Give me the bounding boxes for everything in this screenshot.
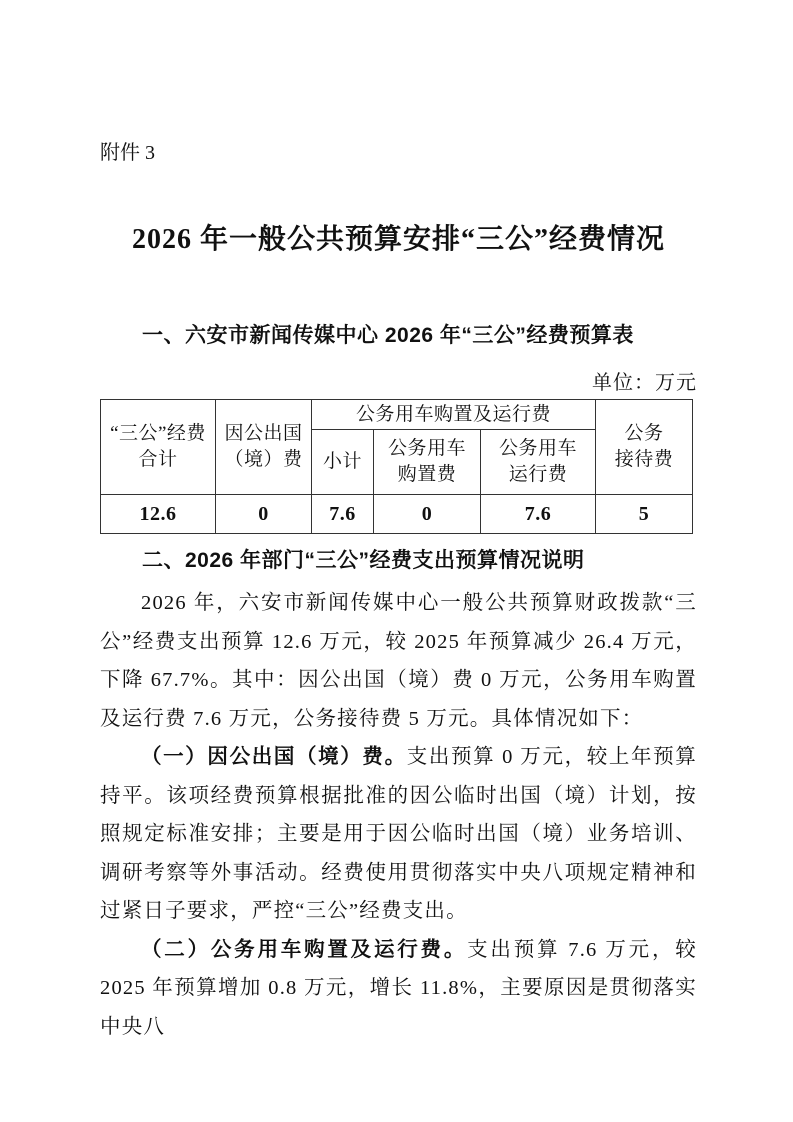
paragraph-vehicle-expense: （二）公务用车购置及运行费。支出预算 7.6 万元，较 2025 年预算增加 0… [100,931,697,1047]
paragraph-lead-bold: （一）因公出国（境）费。 [141,745,407,768]
section2-heading: 二、2026 年部门“三公”经费支出预算情况说明 [100,547,697,575]
table-header-operation: 公务用车 运行费 [481,430,596,495]
table-header-vehicle-group: 公务用车购置及运行费 [312,400,596,430]
paragraph-abroad-expense: （一）因公出国（境）费。支出预算 0 万元，较上年预算持平。该项经费预算根据批准… [100,738,697,931]
page-title: 2026 年一般公共预算安排“三公”经费情况 [100,222,697,258]
value-subtotal: 7.6 [312,495,374,534]
value-total: 12.6 [101,495,216,534]
table-header-abroad: 因公出国 （境）费 [216,400,312,495]
paragraph-text: 2026 年，六安市新闻传媒中心一般公共预算财政拨款“三公”经费支出预算 12.… [100,592,697,730]
value-purchase: 0 [374,495,481,534]
table-row: 12.6 0 7.6 0 7.6 5 [101,495,693,534]
table-header-subtotal: 小计 [312,430,374,495]
value-abroad: 0 [216,495,312,534]
table-header-purchase: 公务用车 购置费 [374,430,481,495]
section1-heading: 一、六安市新闻传媒中心 2026 年“三公”经费预算表 [100,322,697,350]
table-header-total: “三公”经费 合计 [101,400,216,495]
table-header-reception: 公务 接待费 [596,400,693,495]
paragraph-text: 支出预算 0 万元，较上年预算持平。该项经费预算根据批准的因公临时出国（境）计划… [100,746,697,922]
unit-note: 单位：万元 [100,370,697,396]
attachment-label: 附件 3 [100,140,697,166]
body-text: 2026 年，六安市新闻传媒中心一般公共预算财政拨款“三公”经费支出预算 12.… [100,584,697,1046]
paragraph-overview: 2026 年，六安市新闻传媒中心一般公共预算财政拨款“三公”经费支出预算 12.… [100,584,697,738]
budget-table: “三公”经费 合计 因公出国 （境）费 公务用车购置及运行费 公务 接待费 小计… [100,399,693,534]
value-reception: 5 [596,495,693,534]
paragraph-lead-bold: （二）公务用车购置及运行费。 [141,938,467,961]
document-page: 附件 3 2026 年一般公共预算安排“三公”经费情况 一、六安市新闻传媒中心 … [0,0,793,1122]
value-operation: 7.6 [481,495,596,534]
